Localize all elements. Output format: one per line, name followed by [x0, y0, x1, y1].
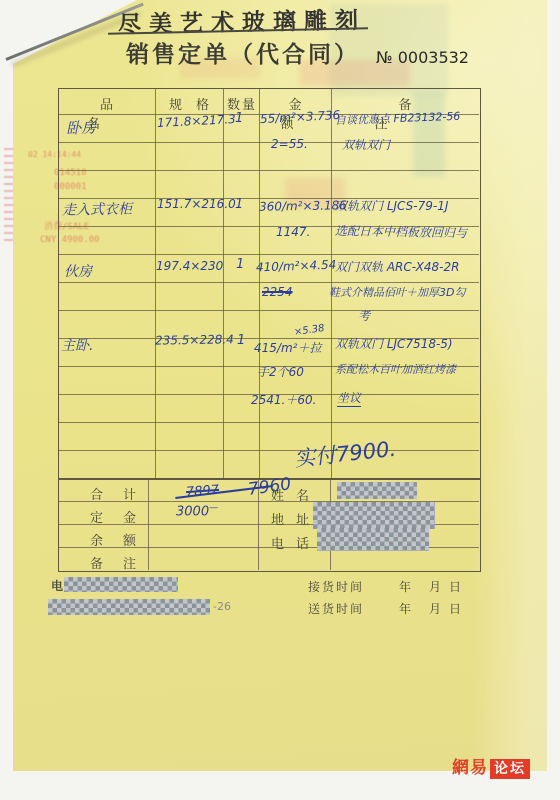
grid-line [223, 88, 224, 478]
item-amount: 手2个60 [257, 363, 304, 380]
item-amount: 2=55. [271, 137, 308, 151]
note-label: 备注 [90, 553, 156, 572]
item-remark: 系配松木百叶加酒红烤漆 [335, 361, 456, 377]
item-qty: 1 [235, 111, 243, 126]
grid-line [58, 142, 479, 143]
grid-line [58, 450, 479, 451]
item-amount: 415/m²＋拉 [254, 339, 321, 356]
month-label: 月 [429, 600, 441, 617]
footer-address-suffix: -26 [213, 600, 231, 613]
item-amount: 1147. [276, 225, 310, 239]
balance-label: 余额 [90, 530, 156, 549]
item-remark: 鞋式介精品佰叶＋加厚3D勾 [329, 284, 465, 300]
grid-line [259, 88, 260, 478]
forum-watermark: 網易论坛 [452, 753, 530, 778]
form-title: 销售定单（代合同） [126, 36, 360, 69]
item-qty: 1 [237, 333, 245, 348]
item-amount: 2541.＋60. [251, 391, 316, 408]
receipt-bleed-bar [4, 148, 13, 244]
serial-number: № 0003532 [376, 48, 469, 67]
redacted-footer-line1 [64, 577, 178, 592]
scanned-sales-order: 02 14:14:44 014510 000001 消费/SALE CNY 49… [0, 0, 560, 800]
year-label: 年 [399, 578, 411, 595]
watermark-forum-badge: 论坛 [490, 759, 530, 779]
customer-phone-label: 电话 [271, 533, 321, 552]
item-remark: 考 [358, 307, 370, 324]
item-name: 主卧. [61, 335, 93, 355]
year-label: 年 [399, 600, 411, 617]
deposit-superscript-dash: — [209, 503, 218, 513]
item-qty: 1 [236, 257, 244, 272]
grid-line [331, 88, 332, 478]
item-name: 走入式衣柜 [62, 198, 132, 219]
item-spec: 151.7×216.0 [157, 197, 236, 211]
grid-line [155, 88, 156, 478]
redacted-footer-line2 [48, 599, 210, 615]
grid-line [58, 254, 479, 255]
watermark-site-name: 網易 [452, 758, 488, 778]
item-amount: 360/m²×3.186 [259, 198, 347, 214]
item-name: 伙房 [64, 261, 92, 281]
item-spec: 235.5×228.4 [155, 332, 234, 347]
redacted-customer-phone [317, 528, 429, 551]
redacted-customer-address [313, 502, 435, 529]
item-remark: 双门双轨 ARC-X48-2R [335, 258, 459, 275]
day-label: 日 [449, 578, 461, 595]
item-amount-struck: 2254 [262, 285, 293, 299]
deposit-value: 3000— [176, 503, 218, 519]
receive-time-label: 接货时间 [308, 578, 364, 595]
total-label: 合计 [90, 484, 156, 503]
grid-line [58, 282, 479, 283]
item-qty: 1 [235, 197, 243, 212]
redacted-customer-name [337, 482, 417, 499]
column-header-spec: 规格 [155, 94, 223, 113]
deposit-label: 定金 [90, 507, 156, 526]
item-remark: 双轨双门 LJCS-79-1J [335, 197, 448, 214]
deliver-time-label: 送货时间 [308, 600, 364, 617]
item-name: 卧房 [66, 116, 97, 138]
month-label: 月 [429, 578, 441, 595]
day-label: 日 [449, 600, 461, 617]
item-amount: 410/m²×4.54 [256, 258, 337, 275]
item-remark: 坐议 [337, 389, 361, 407]
item-spec: 197.4×230 [156, 259, 223, 273]
footer-phone-prefix: 电 [51, 577, 63, 594]
item-remark: 选配日本中档板放回归与 [335, 222, 467, 241]
item-remark: 双轨双门 [342, 136, 390, 153]
grid-line [58, 170, 479, 171]
grid-line [58, 422, 479, 423]
grid-line [58, 310, 479, 311]
item-remark: 双轨双门 LJC7518-5) [335, 335, 453, 352]
